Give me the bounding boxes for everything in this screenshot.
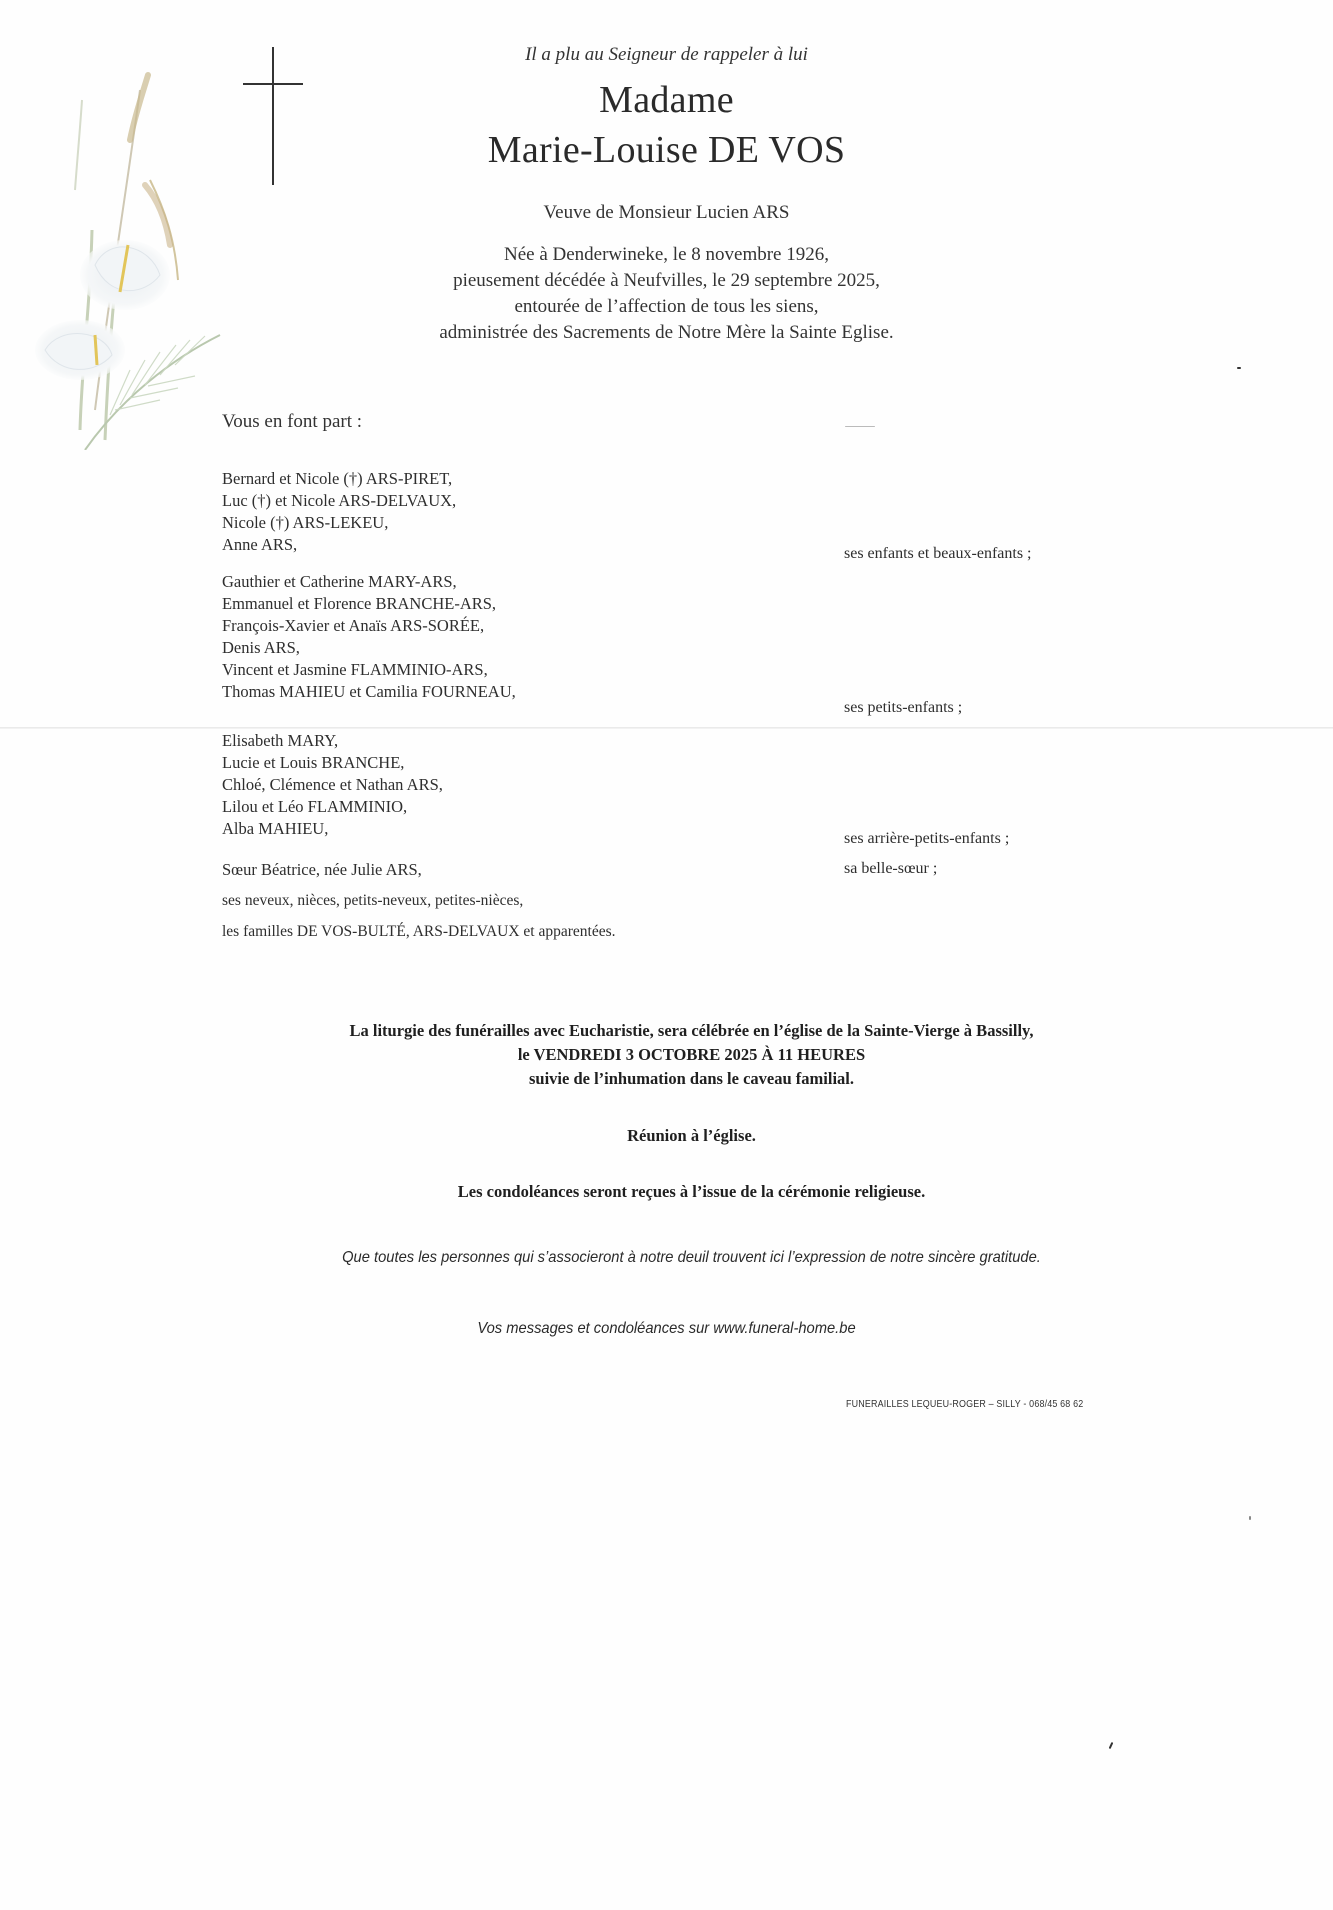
family-member: Nicole (†) ARS-LEKEU, <box>222 512 456 534</box>
family-group-children: Bernard et Nicole (†) ARS-PIRET, Luc (†)… <box>222 468 456 556</box>
family-member: Denis ARS, <box>222 637 516 659</box>
scan-speck <box>845 426 875 427</box>
honorific-title: Madame <box>0 78 1333 122</box>
family-member: François-Xavier et Anaïs ARS-SORÉE, <box>222 615 516 637</box>
obituary-page: Il a plu au Seigneur de rappeler à lui M… <box>0 0 1333 1910</box>
bio-line: pieusement décédée à Neufvilles, le 29 s… <box>0 268 1333 294</box>
scan-speck <box>1109 1742 1114 1749</box>
family-member: Bernard et Nicole (†) ARS-PIRET, <box>222 468 456 490</box>
extended-family-nephews: ses neveux, nièces, petits-neveux, petit… <box>222 890 523 912</box>
meeting-place: Réunion à l’église. <box>25 1124 1333 1148</box>
ceremony-block: La liturgie des funérailles avec Euchari… <box>25 1019 1333 1091</box>
family-member: Thomas MAHIEU et Camilia FOURNEAU, <box>222 681 516 703</box>
family-member: Emmanuel et Florence BRANCHE-ARS, <box>222 593 516 615</box>
family-member: Elisabeth MARY, <box>222 730 443 752</box>
scan-fold-line <box>0 727 1333 729</box>
family-member: Vincent et Jasmine FLAMMINIO-ARS, <box>222 659 516 681</box>
ceremony-date: le VENDREDI 3 OCTOBRE 2025 À 11 HEURES <box>25 1043 1333 1067</box>
family-member: Gauthier et Catherine MARY-ARS, <box>222 571 516 593</box>
scan-speck <box>1249 1516 1251 1520</box>
relation-grandchildren: ses petits-enfants ; <box>844 699 962 717</box>
family-group-grandchildren: Gauthier et Catherine MARY-ARS, Emmanuel… <box>222 571 516 703</box>
extended-family-households: les familles DE VOS-BULTÉ, ARS-DELVAUX e… <box>222 921 616 943</box>
family-member: Chloé, Clémence et Nathan ARS, <box>222 774 443 796</box>
family-member: Lilou et Léo FLAMMINIO, <box>222 796 443 818</box>
family-member: Lucie et Louis BRANCHE, <box>222 752 443 774</box>
online-condolences: Vos messages et condoléances sur www.fun… <box>53 1320 1279 1338</box>
condolences-note: Les condoléances seront reçues à l’issue… <box>25 1180 1333 1204</box>
gratitude-message: Que toutes les personnes qui s’associero… <box>78 1249 1304 1267</box>
family-member: Alba MAHIEU, <box>222 818 443 840</box>
family-group-great-grandchildren: Elisabeth MARY, Lucie et Louis BRANCHE, … <box>222 730 443 840</box>
relation-sister-in-law: sa belle-sœur ; <box>844 860 937 878</box>
family-member: Sœur Béatrice, née Julie ARS, <box>222 859 422 881</box>
relation-children: ses enfants et beaux-enfants ; <box>844 545 1031 563</box>
intro-phrase: Il a plu au Seigneur de rappeler à lui <box>0 44 1333 66</box>
bio-line: administrée des Sacrements de Notre Mère… <box>0 320 1333 346</box>
family-member: Luc (†) et Nicole ARS-DELVAUX, <box>222 490 456 512</box>
ceremony-line: suivie de l’inhumation dans le caveau fa… <box>25 1067 1333 1091</box>
widow-of: Veuve de Monsieur Lucien ARS <box>0 202 1333 224</box>
deceased-name: Marie-Louise DE VOS <box>0 128 1333 172</box>
bio-line: Née à Denderwineke, le 8 novembre 1926, <box>0 242 1333 268</box>
relation-great-grandchildren: ses arrière-petits-enfants ; <box>844 830 1009 848</box>
scan-speck <box>1237 367 1241 369</box>
bio-line: entourée de l’affection de tous les sien… <box>0 294 1333 320</box>
ceremony-line: La liturgie des funérailles avec Euchari… <box>25 1019 1333 1043</box>
announce-label: Vous en font part : <box>222 411 362 433</box>
funeral-home-footer: FUNERAILLES LEQUEU-ROGER – SILLY - 068/4… <box>846 1398 1083 1410</box>
family-group-sister-in-law: Sœur Béatrice, née Julie ARS, <box>222 859 422 881</box>
bio-block: Née à Denderwineke, le 8 novembre 1926, … <box>0 242 1333 346</box>
family-member: Anne ARS, <box>222 534 456 556</box>
